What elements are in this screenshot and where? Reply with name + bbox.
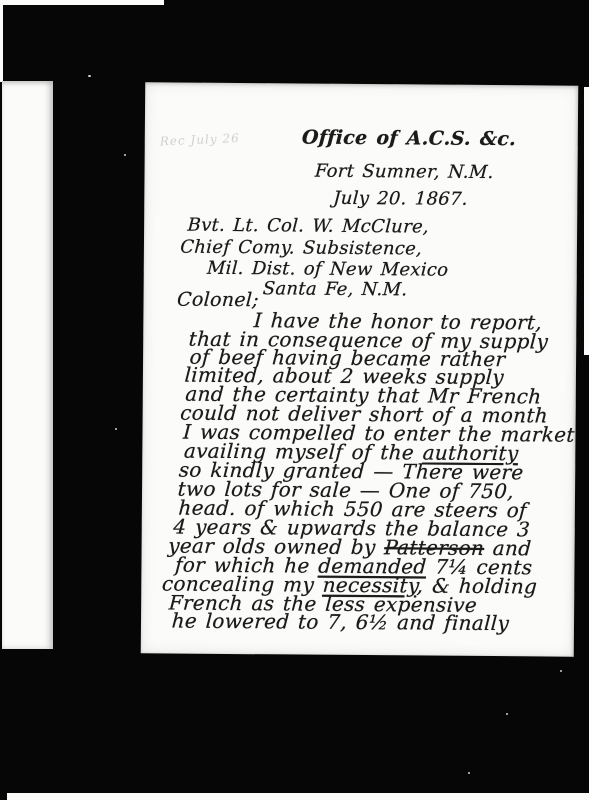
- underlying-page-edge: [2, 81, 53, 649]
- letter-line: Colonel;: [177, 290, 260, 311]
- dust-speck: [124, 154, 126, 156]
- letter-page: Rec July 26 Office of A.C.S. &c.Fort Sum…: [141, 82, 578, 656]
- scan-background: { "scan": { "background_color": "#060606…: [0, 0, 589, 800]
- letter-line: July 20. 1867.: [333, 189, 469, 210]
- letter-lines: Office of A.C.S. &c.Fort Sumner, N.M.Jul…: [126, 82, 589, 656]
- letter-line: Bvt. Lt. Col. W. McClure,: [187, 216, 430, 238]
- letter-text: Santa Fe, N.M.: [262, 278, 408, 300]
- dust-speck: [560, 670, 562, 672]
- letter-text: Bvt. Lt. Col. W. McClure,: [187, 215, 430, 238]
- letter-text: he lowered to 7, 6½ and finally: [171, 609, 510, 636]
- letter-text: Mil. Dist. of New Mexico: [206, 258, 449, 281]
- letter-text: July 20. 1867.: [333, 188, 469, 210]
- letter-line: he lowered to 7, 6½ and finally: [171, 611, 510, 634]
- letter-line: Mil. Dist. of New Mexico: [206, 259, 449, 281]
- dust-speck: [468, 772, 470, 774]
- scanner-top-edge-sliver: [0, 0, 164, 5]
- dust-speck: [115, 428, 117, 430]
- letter-text: Fort Sumner, N.M.: [314, 161, 494, 183]
- dust-speck: [88, 75, 91, 77]
- letter-line: Santa Fe, N.M.: [262, 279, 408, 300]
- scanner-bottom-edge-strip: [7, 793, 589, 800]
- dust-speck: [506, 713, 508, 715]
- letter-text: Chief Comy. Subsistence,: [180, 237, 423, 260]
- letter-line: Chief Comy. Subsistence,: [180, 238, 423, 260]
- letter-line: Fort Sumner, N.M.: [314, 162, 494, 183]
- letter-line: Office of A.C.S. &c.: [301, 128, 516, 150]
- letter-text: Office of A.C.S. &c.: [301, 127, 517, 151]
- letter-text: Colonel;: [176, 289, 259, 312]
- scanner-left-edge-sliver: [0, 4, 3, 82]
